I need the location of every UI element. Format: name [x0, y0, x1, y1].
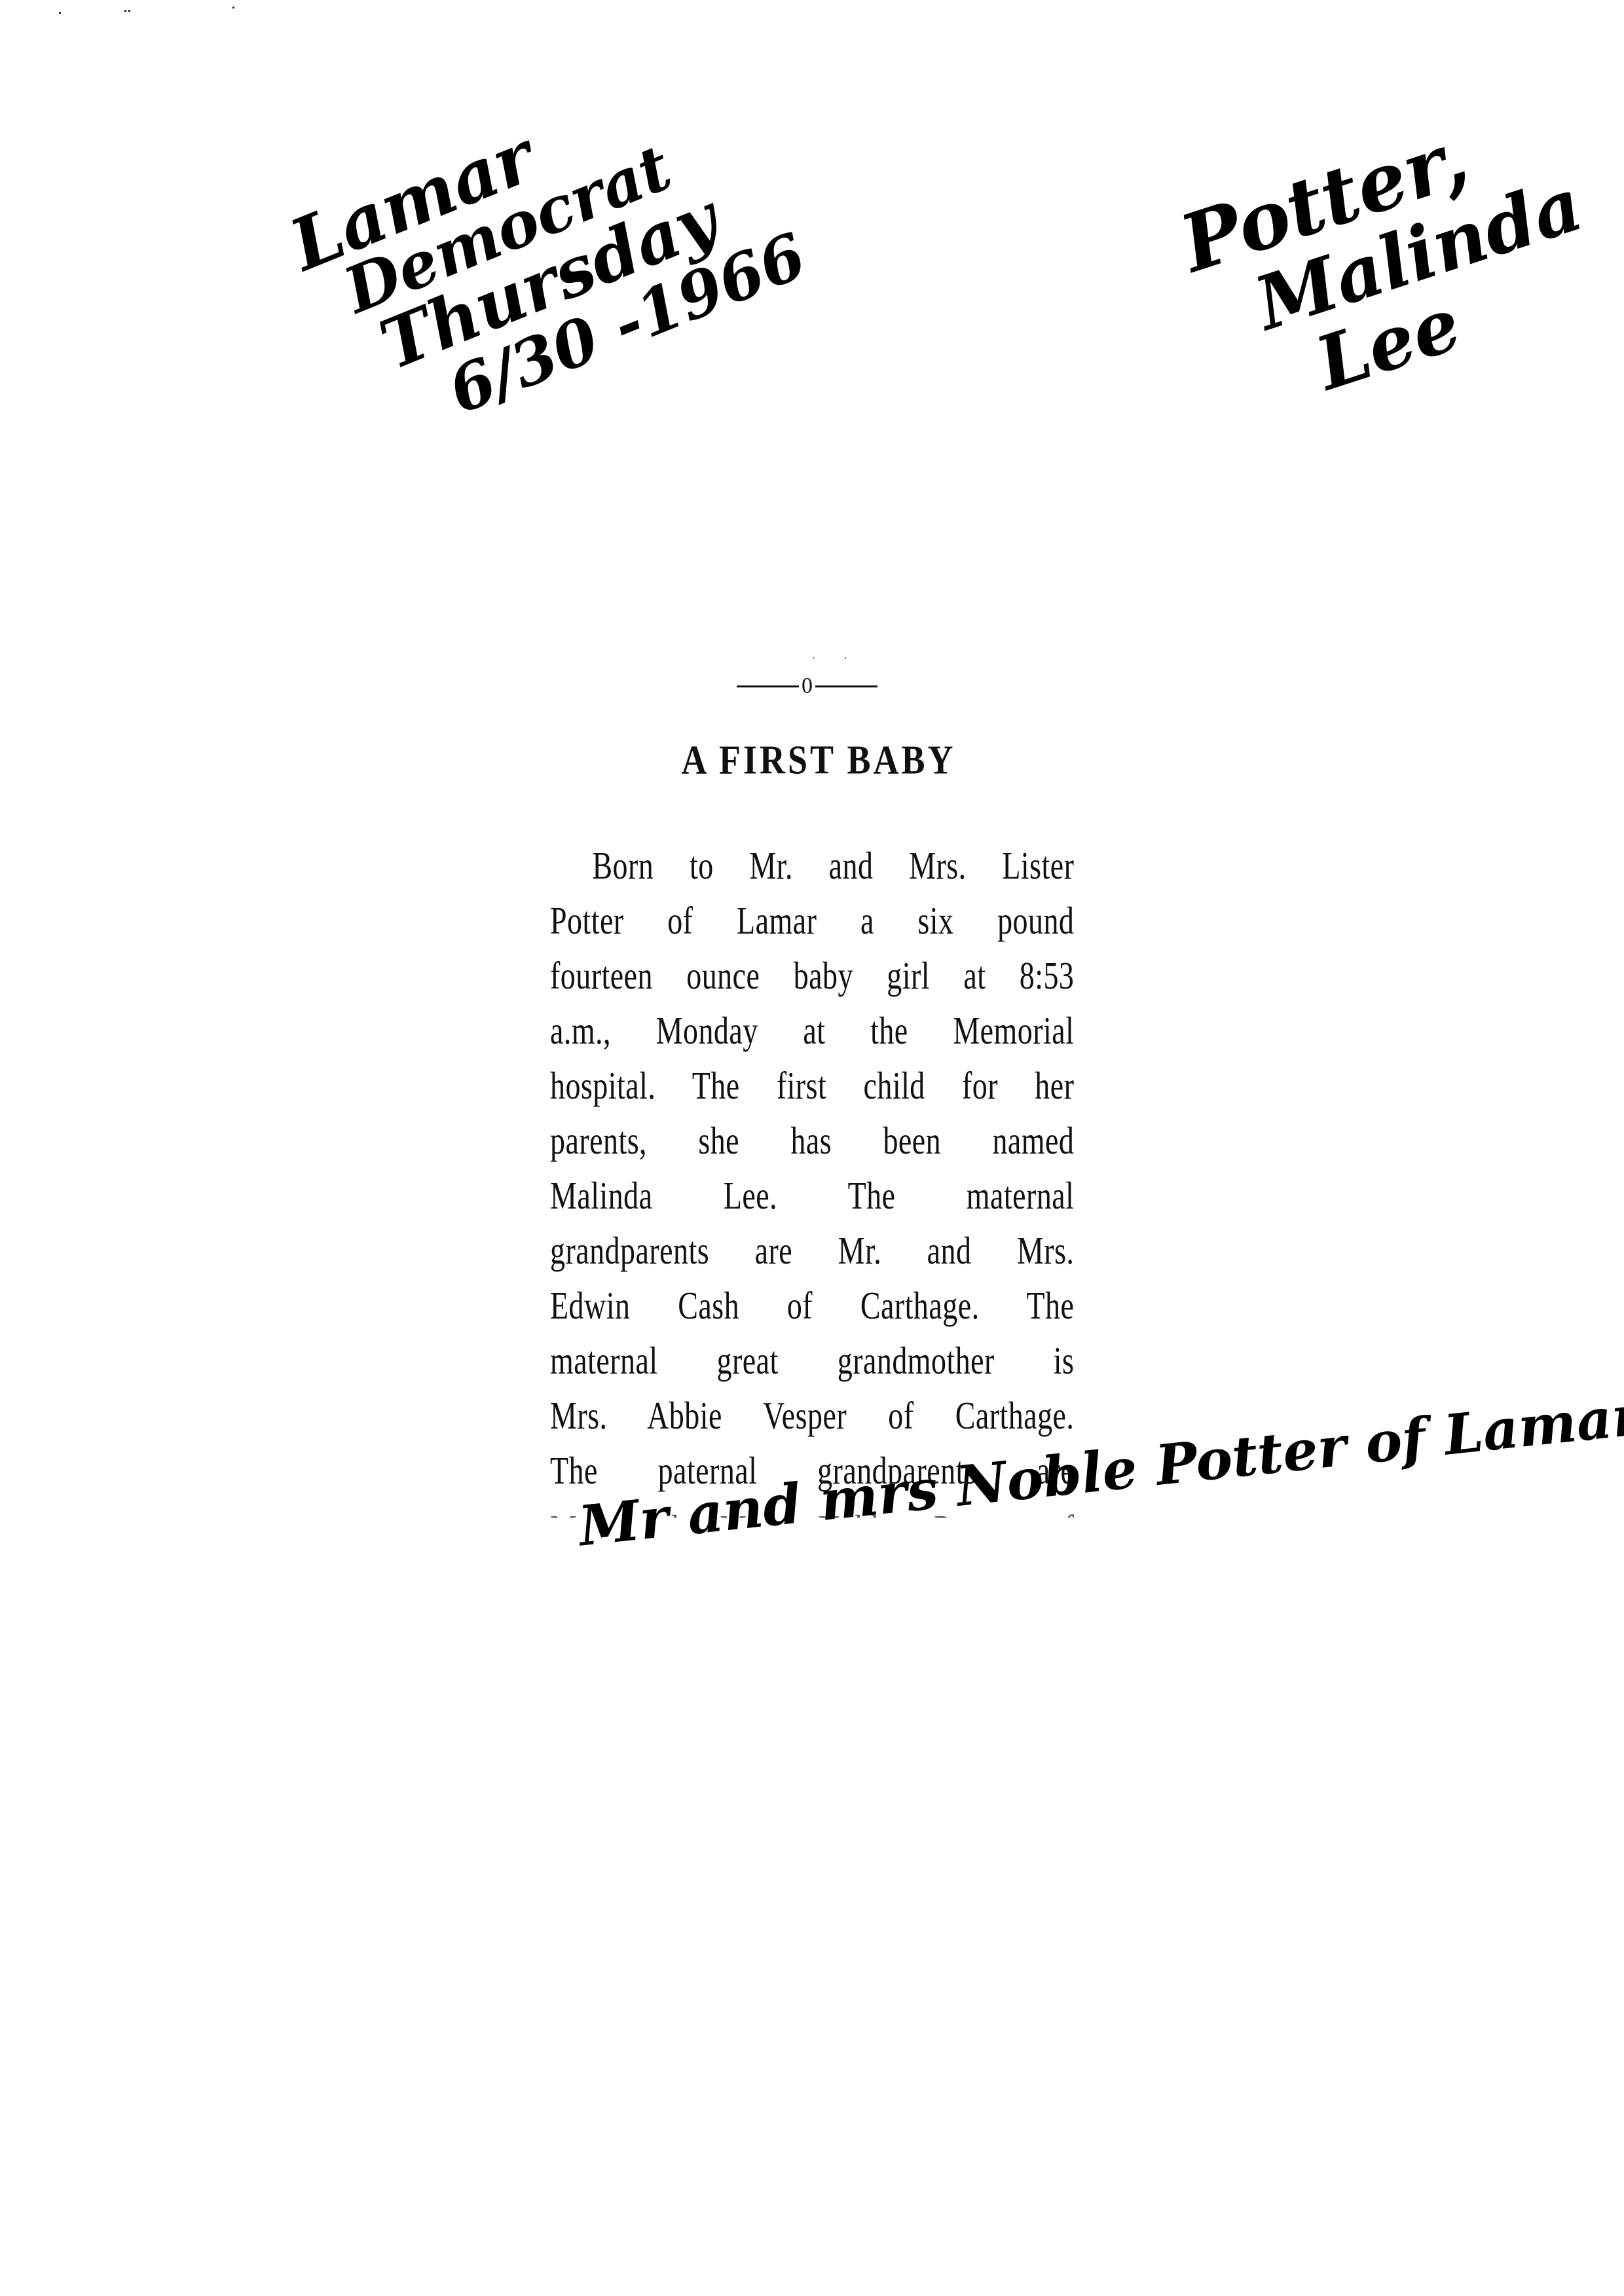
divider-rule: [737, 685, 799, 687]
handwritten-name-note: Potter, Malinda Lee: [1172, 89, 1614, 429]
divider-rule: [815, 685, 877, 687]
handwritten-source-note: Lamar Democrat Thursday 6/30 -1966: [282, 41, 814, 458]
section-divider: 0: [737, 674, 877, 698]
article-body: Born to Mr. and Mrs. Lister Potter of La…: [550, 838, 1074, 1516]
divider-ornament: 0: [802, 675, 813, 697]
scan-artifact: . .: [812, 648, 860, 662]
headline: A FIRST BABY: [550, 737, 1087, 783]
